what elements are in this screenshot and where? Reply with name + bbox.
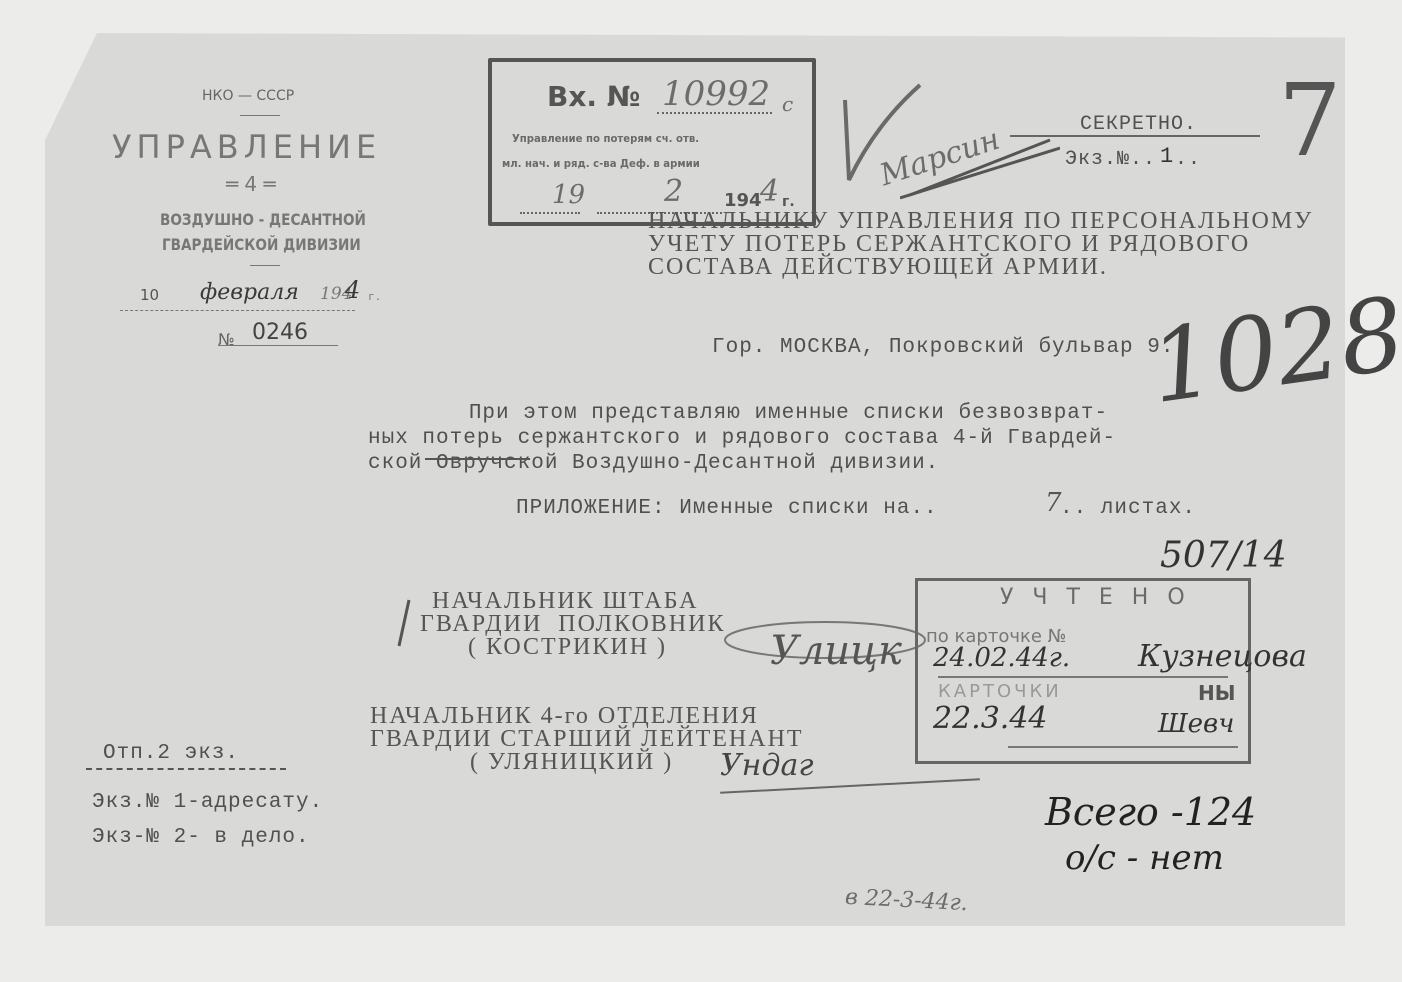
secret-label: СЕКРЕТНО. — [1080, 113, 1197, 136]
attachment-label: ПРИЛОЖЕНИЕ: Именные списки на.. — [516, 497, 938, 520]
incoming-day: 19 — [552, 180, 585, 210]
divider — [250, 265, 280, 266]
copies-header: Отп.2 экз. — [103, 742, 239, 765]
copies-rule — [86, 768, 286, 770]
accounted-signature: Кузнецова — [1138, 639, 1307, 674]
accounted-signature2: Шевч — [1158, 709, 1234, 739]
attachment-suffix: .. листах. — [1060, 497, 1196, 520]
divider — [240, 115, 280, 116]
letterhead-org: НКО — СССР — [202, 88, 294, 104]
accounted-date2: 22.3.44 — [933, 701, 1048, 736]
signatory2-signature: Ундаг — [720, 748, 814, 783]
page-mark: 7 — [1278, 62, 1342, 179]
letterhead-line2: ГВАРДЕЙСКОЙ ДИВИЗИИ — [162, 235, 361, 254]
copies-line: Экз.№ 1-адресату. — [92, 791, 323, 814]
incoming-stamp: Вх. № 10992 с Управление по потерям сч. … — [488, 58, 816, 226]
stamp-rule — [938, 676, 1228, 678]
signatory1-line: ГВАРДИИ ПОЛКОВНИК — [420, 613, 725, 636]
accounted-stamp: У Ч Т Е Н О по карточке № 24.02.44г. Куз… — [915, 578, 1251, 764]
incoming-number-rule — [657, 112, 772, 114]
incoming-line1: Управление по потерям сч. отв. — [512, 132, 699, 145]
incoming-year-hand: 4 — [760, 174, 779, 209]
accounted-line2-suffix: НЫ — [1198, 681, 1235, 705]
signatory2-line: НАЧАЛЬНИК 4-го ОТДЕЛЕНИЯ — [370, 705, 759, 728]
secret-rule — [1010, 135, 1260, 137]
number-rule — [218, 345, 338, 346]
incoming-label: Вх. № — [547, 80, 640, 113]
body-line: ных потерь сержантского и рядового соста… — [368, 427, 1116, 450]
letterhead-number: 0246 — [252, 320, 308, 345]
copy-label: Экз.№.. — [1065, 148, 1156, 171]
incoming-suffix: с — [782, 92, 793, 116]
date-rule — [120, 310, 355, 311]
body-line: При этом представляю именные списки безв… — [360, 402, 1108, 425]
signatory1-signature: Улицк — [770, 628, 902, 674]
copy-number: 1 — [1160, 144, 1174, 169]
incoming-day-rule — [520, 212, 580, 214]
incoming-number: 10992 — [662, 74, 770, 114]
total-sub-note: о/с - нет — [1065, 838, 1224, 878]
address-line: Гор. МОСКВА, Покровский бульвар 9. — [712, 336, 1174, 359]
pencil-strokes — [900, 130, 1060, 200]
pencil-tick — [395, 598, 415, 648]
signatory1-line: НАЧАЛЬНИК ШТАБА — [432, 590, 698, 613]
incoming-month: 2 — [664, 174, 683, 209]
accounted-line2: КАРТОЧКИ — [938, 681, 1062, 702]
reference-number: 507/14 — [1160, 535, 1287, 576]
letterhead-line1: ВОЗДУШНО - ДЕСАНТНОЙ — [160, 210, 366, 229]
letterhead-number-prefix: № — [218, 330, 235, 349]
addressee-line: УЧЕТУ ПОТЕРЬ СЕРЖАНТСКОГО И РЯДОВОГО — [648, 233, 1250, 256]
copies-line: Экз-№ 2- в дело. — [92, 826, 310, 849]
body-line: ской Овручской Воздушно-Десантной дивизи… — [368, 452, 939, 475]
accounted-date: 24.02.44г. — [933, 643, 1070, 673]
addressee-line: СОСТАВА ДЕЙСТВУЮЩЕЙ АРМИИ. — [648, 256, 1108, 279]
total-note: Всего -124 — [1045, 790, 1256, 834]
letterhead-date-year-hand: 4 — [345, 276, 360, 304]
stamp-rule — [1008, 746, 1238, 748]
letterhead-date-suffix: г. — [368, 292, 381, 304]
signatory1-name: ( КОСТРИКИН ) — [468, 636, 667, 659]
accounted-title: У Ч Т Е Н О — [1000, 585, 1191, 610]
copy-dots: .. — [1175, 148, 1201, 171]
incoming-line2: мл. нач. и ряд. с-ва Деф. в армии — [502, 157, 700, 170]
signatory2-name: ( УЛЯНИЦКИЙ ) — [470, 751, 673, 774]
letterhead-date-month: февраля — [200, 280, 299, 305]
letterhead-title: УПРАВЛЕНИЕ — [112, 128, 381, 166]
letterhead-date-day: 10 — [140, 286, 159, 304]
addressee-line: НАЧАЛЬНИКУ УПРАВЛЕНИЯ ПО ПЕРСОНАЛЬНОМУ — [648, 210, 1313, 233]
underline-mark — [425, 458, 530, 460]
letterhead-unit-number: ═ 4 ═ — [226, 172, 276, 196]
